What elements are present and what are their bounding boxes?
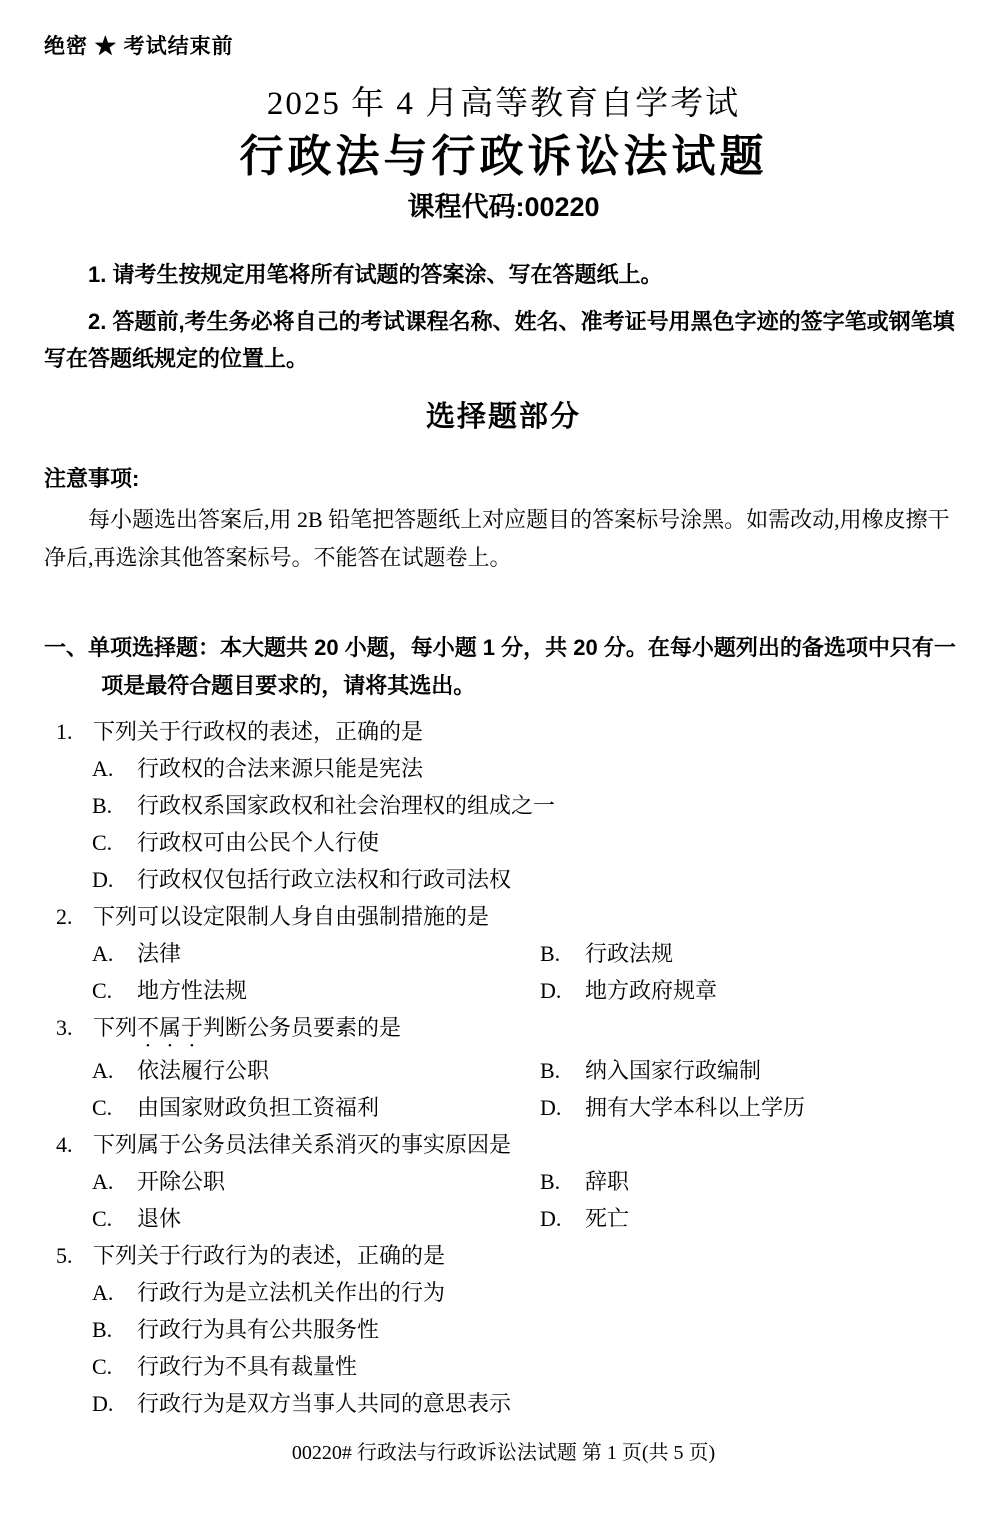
- option-letter: B.: [540, 935, 585, 972]
- option-text: 地方政府规章: [585, 972, 717, 1009]
- option-a: A. 行政行为是立法机关作出的行为: [92, 1274, 963, 1311]
- question-number: 5.: [44, 1237, 93, 1274]
- question-number: 1.: [44, 713, 93, 750]
- option-letter: C.: [92, 1348, 137, 1385]
- option-letter: A.: [92, 935, 137, 972]
- option-letter: D.: [540, 1089, 585, 1126]
- question-3-options: A. 依法履行公职 B. 纳入国家行政编制 C. 由国家财政负担工资福利 D. …: [92, 1052, 963, 1126]
- question-1-options: A. 行政权的合法来源只能是宪法 B. 行政权系国家政权和社会治理权的组成之一 …: [92, 750, 963, 898]
- question-text: 下列关于行政权的表述，正确的是: [93, 713, 423, 750]
- option-c: C. 地方性法规: [92, 972, 540, 1009]
- option-d: D. 行政行为是双方当事人共同的意思表示: [92, 1385, 963, 1422]
- option-b: B. 行政行为具有公共服务性: [92, 1311, 963, 1348]
- option-c: C. 由国家财政负担工资福利: [92, 1089, 540, 1126]
- option-text: 地方性法规: [137, 972, 247, 1009]
- course-code: 课程代码:00220: [44, 190, 963, 224]
- question-1: 1. 下列关于行政权的表述，正确的是 A. 行政权的合法来源只能是宪法 B. 行…: [44, 713, 963, 898]
- option-letter: B.: [92, 1311, 137, 1348]
- option-b: B. 辞职: [540, 1163, 963, 1200]
- option-d: D. 死亡: [540, 1200, 963, 1237]
- option-text: 行政权可由公民个人行使: [137, 824, 379, 861]
- part-one-heading: 一、单项选择题：本大题共 20 小题，每小题 1 分，共 20 分。在每小题列出…: [44, 629, 963, 705]
- option-a: A. 行政权的合法来源只能是宪法: [92, 750, 963, 787]
- general-instructions: 1. 请考生按规定用笔将所有试题的答案涂、写在答题纸上。 2. 答题前,考生务必…: [44, 256, 963, 377]
- question-2-options: A. 法律 B. 行政法规 C. 地方性法规 D. 地方政府规章: [92, 935, 963, 1009]
- question-text: 下列可以设定限制人身自由强制措施的是: [93, 898, 489, 935]
- option-letter: C.: [92, 972, 137, 1009]
- security-notice: 绝密 ★ 考试结束前: [44, 34, 963, 60]
- option-text: 纳入国家行政编制: [585, 1052, 761, 1089]
- question-number: 3.: [44, 1009, 93, 1052]
- question-number: 4.: [44, 1126, 93, 1163]
- section-title: 选择题部分: [44, 399, 963, 435]
- question-number: 2.: [44, 898, 93, 935]
- option-c: C. 行政行为不具有裁量性: [92, 1348, 963, 1385]
- exam-session-title: 2025 年 4 月高等教育自学考试: [44, 84, 963, 124]
- question-3: 3. 下列不属于判断公务员要素的是 A. 依法履行公职 B. 纳入国家行政编制 …: [44, 1009, 963, 1126]
- question-3-stem: 3. 下列不属于判断公务员要素的是: [44, 1009, 963, 1052]
- option-letter: C.: [92, 824, 137, 861]
- option-a: A. 依法履行公职: [92, 1052, 540, 1089]
- question-4: 4. 下列属于公务员法律关系消灭的事实原因是 A. 开除公职 B. 辞职 C. …: [44, 1126, 963, 1237]
- question-1-stem: 1. 下列关于行政权的表述，正确的是: [44, 713, 963, 750]
- option-a: A. 开除公职: [92, 1163, 540, 1200]
- option-text: 行政行为具有公共服务性: [137, 1311, 379, 1348]
- notes-heading: 注意事项:: [44, 465, 963, 493]
- question-2-stem: 2. 下列可以设定限制人身自由强制措施的是: [44, 898, 963, 935]
- option-text: 行政权的合法来源只能是宪法: [137, 750, 423, 787]
- option-d: D. 地方政府规章: [540, 972, 963, 1009]
- question-text-pre: 下列: [93, 1015, 137, 1040]
- option-letter: B.: [540, 1163, 585, 1200]
- option-letter: C.: [92, 1089, 137, 1126]
- option-text: 由国家财政负担工资福利: [137, 1089, 379, 1126]
- option-text: 行政行为是立法机关作出的行为: [137, 1274, 445, 1311]
- option-b: B. 纳入国家行政编制: [540, 1052, 963, 1089]
- option-text: 拥有大学本科以上学历: [585, 1089, 805, 1126]
- option-text: 开除公职: [137, 1163, 225, 1200]
- option-letter: D.: [92, 1385, 137, 1422]
- question-text: 下列关于行政行为的表述，正确的是: [93, 1237, 445, 1274]
- option-letter: B.: [540, 1052, 585, 1089]
- question-5-options: A. 行政行为是立法机关作出的行为 B. 行政行为具有公共服务性 C. 行政行为…: [92, 1274, 963, 1422]
- question-text: 下列属于公务员法律关系消灭的事实原因是: [93, 1126, 511, 1163]
- question-5: 5. 下列关于行政行为的表述，正确的是 A. 行政行为是立法机关作出的行为 B.…: [44, 1237, 963, 1422]
- question-text-emphasized: 不属于: [137, 1015, 203, 1040]
- option-c: C. 退休: [92, 1200, 540, 1237]
- question-text: 下列不属于判断公务员要素的是: [93, 1009, 401, 1052]
- option-text: 行政法规: [585, 935, 673, 972]
- option-b: B. 行政权系国家政权和社会治理权的组成之一: [92, 787, 963, 824]
- option-text: 法律: [137, 935, 181, 972]
- option-text: 行政行为是双方当事人共同的意思表示: [137, 1385, 511, 1422]
- question-list: 1. 下列关于行政权的表述，正确的是 A. 行政权的合法来源只能是宪法 B. 行…: [44, 713, 963, 1422]
- instruction-item-2: 2. 答题前,考生务必将自己的考试课程名称、姓名、准考证号用黑色字迹的签字笔或钢…: [44, 303, 963, 377]
- option-letter: C.: [92, 1200, 137, 1237]
- option-letter: D.: [540, 972, 585, 1009]
- option-letter: A.: [92, 1163, 137, 1200]
- option-letter: B.: [92, 787, 137, 824]
- option-text: 死亡: [585, 1200, 629, 1237]
- option-a: A. 法律: [92, 935, 540, 972]
- question-4-stem: 4. 下列属于公务员法律关系消灭的事实原因是: [44, 1126, 963, 1163]
- question-2: 2. 下列可以设定限制人身自由强制措施的是 A. 法律 B. 行政法规 C. 地…: [44, 898, 963, 1009]
- question-text-post: 判断公务员要素的是: [203, 1015, 401, 1040]
- option-letter: A.: [92, 1274, 137, 1311]
- option-d: D. 行政权仅包括行政立法权和行政司法权: [92, 861, 963, 898]
- option-letter: D.: [540, 1200, 585, 1237]
- question-4-options: A. 开除公职 B. 辞职 C. 退休 D. 死亡: [92, 1163, 963, 1237]
- exam-paper-page: 绝密 ★ 考试结束前 2025 年 4 月高等教育自学考试 行政法与行政诉讼法试…: [0, 0, 1007, 1522]
- option-letter: A.: [92, 750, 137, 787]
- notes-body: 每小题选出答案后,用 2B 铅笔把答题纸上对应题目的答案标号涂黑。如需改动,用橡…: [44, 501, 963, 577]
- option-letter: D.: [92, 861, 137, 898]
- option-text: 退休: [137, 1200, 181, 1237]
- option-d: D. 拥有大学本科以上学历: [540, 1089, 963, 1126]
- exam-title: 行政法与行政诉讼法试题: [44, 130, 963, 184]
- option-b: B. 行政法规: [540, 935, 963, 972]
- option-text: 行政权系国家政权和社会治理权的组成之一: [137, 787, 555, 824]
- page-footer: 00220# 行政法与行政诉讼法试题 第 1 页(共 5 页): [0, 1440, 1007, 1466]
- question-5-stem: 5. 下列关于行政行为的表述，正确的是: [44, 1237, 963, 1274]
- option-c: C. 行政权可由公民个人行使: [92, 824, 963, 861]
- instruction-item-1: 1. 请考生按规定用笔将所有试题的答案涂、写在答题纸上。: [44, 256, 963, 293]
- option-text: 辞职: [585, 1163, 629, 1200]
- option-letter: A.: [92, 1052, 137, 1089]
- option-text: 依法履行公职: [137, 1052, 269, 1089]
- option-text: 行政权仅包括行政立法权和行政司法权: [137, 861, 511, 898]
- option-text: 行政行为不具有裁量性: [137, 1348, 357, 1385]
